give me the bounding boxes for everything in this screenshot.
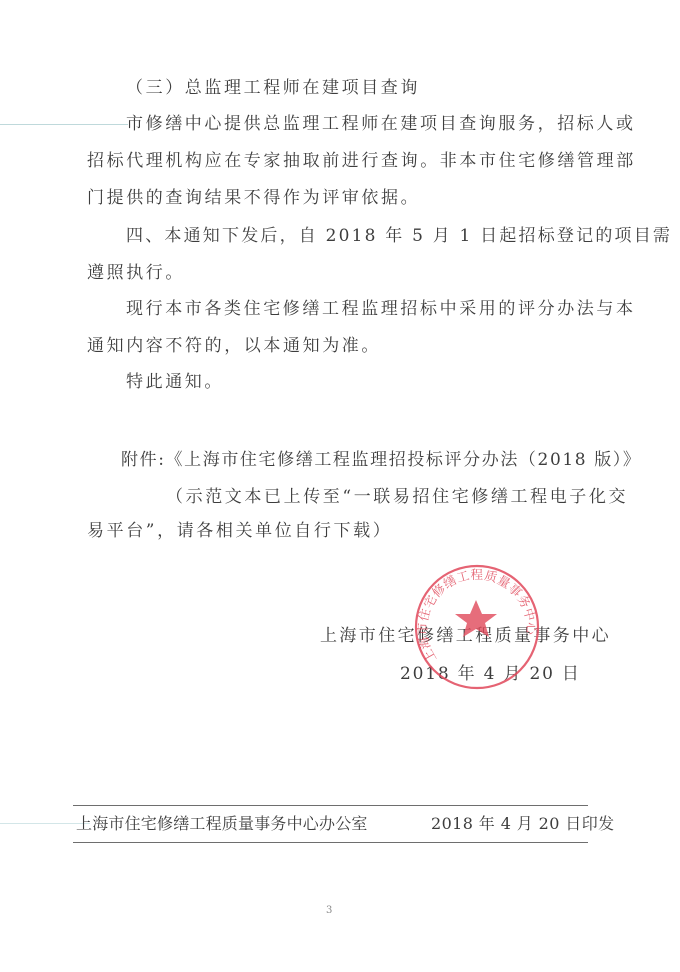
footer-issuer: 上海市住宅修缮工程质量事务中心办公室: [76, 814, 368, 834]
document-page: （三）总监理工程师在建项目查询 市修缮中心提供总监理工程师在建项目查询服务，招标…: [0, 0, 680, 972]
attachment-note-line: （示范文本已上传至“一联易招住宅修缮工程电子化交: [166, 486, 628, 508]
footer-bottom-rule: [73, 842, 588, 843]
attachment-title[interactable]: 《上海市住宅修缮工程监理招投标评分办法（2018 版）》: [166, 450, 642, 470]
star-icon: [455, 600, 497, 637]
section-heading: （三）总监理工程师在建项目查询: [126, 77, 420, 99]
paragraph-line: 招标代理机构应在专家抽取前进行查询。非本市住宅修缮管理部: [87, 150, 636, 172]
official-seal-stamp: 上海市住宅修缮工程质量事务中心: [412, 564, 542, 694]
paragraph-line: 市修缮中心提供总监理工程师在建项目查询服务，招标人或: [126, 113, 636, 135]
attachment-line: 附件:《上海市住宅修缮工程监理招投标评分办法（2018 版）》: [121, 449, 642, 471]
paragraph-line: 通知内容不符的，以本通知为准。: [87, 335, 381, 357]
paragraph-line: 门提供的查询结果不得作为评审依据。: [87, 187, 420, 209]
paragraph-line: 四、本通知下发后，自 2018 年 5 月 1 日起招标登记的项目需: [126, 225, 672, 247]
attachment-note-line: 易平台”，请各相关单位自行下载）: [87, 520, 392, 542]
scan-artifact-line: [0, 124, 128, 125]
footer-issue-date: 2018 年 4 月 20 日印发: [431, 814, 615, 834]
footer-top-rule: [73, 805, 588, 806]
paragraph-line: 遵照执行。: [87, 262, 185, 284]
closing-notice: 特此通知。: [126, 371, 224, 393]
page-number: 3: [326, 905, 332, 916]
attachment-label: 附件:: [121, 450, 166, 470]
paragraph-line: 现行本市各类住宅修缮工程监理招标中采用的评分办法与本: [126, 298, 636, 320]
